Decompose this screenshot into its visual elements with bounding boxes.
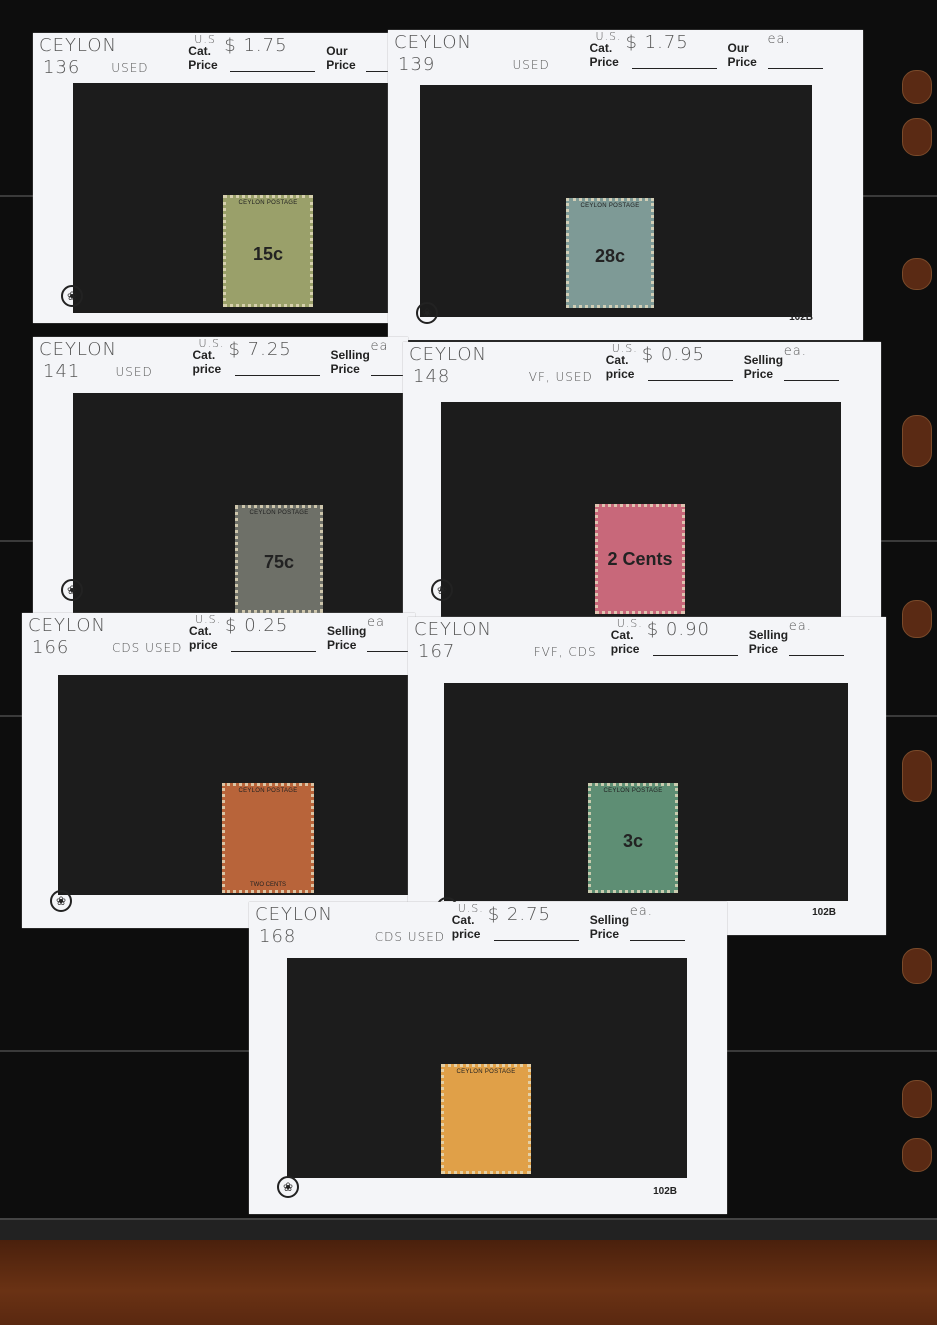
cat-label: Cat. bbox=[590, 42, 613, 55]
price-label: price bbox=[611, 643, 640, 656]
stamp-value: 28c bbox=[595, 246, 625, 267]
our-label: Selling bbox=[331, 349, 370, 362]
catalog-price-note: $ 7.25 bbox=[229, 339, 292, 360]
our-price-label: Price bbox=[326, 59, 355, 72]
our-label: Selling bbox=[590, 914, 629, 927]
card-code: 102B bbox=[789, 312, 813, 323]
our-label: Our bbox=[326, 45, 347, 58]
binder-hole bbox=[902, 70, 932, 104]
stamp-footer: TWO CENTS bbox=[250, 882, 286, 888]
catalog-price-note: $ 1.75 bbox=[626, 32, 689, 53]
stamp-header: CEYLON POSTAGE bbox=[580, 203, 639, 209]
binder-hole bbox=[902, 600, 932, 638]
stamp-value: 3c bbox=[623, 831, 643, 852]
our-label: Selling bbox=[744, 354, 783, 367]
country-label: CEYLON bbox=[409, 344, 487, 365]
each-note: ea. bbox=[630, 904, 653, 919]
maple-leaf-logo-icon: ❀ bbox=[61, 285, 83, 307]
price-label: price bbox=[193, 363, 222, 376]
cat-price-line bbox=[632, 68, 717, 69]
maple-leaf-logo-icon: ❀ bbox=[277, 1176, 299, 1198]
cat-price-line bbox=[494, 940, 579, 941]
catalog-number: 139 bbox=[398, 54, 435, 75]
stamp-header: CEYLON POSTAGE bbox=[249, 510, 308, 516]
each-note: ea bbox=[371, 339, 389, 354]
binder-hole bbox=[902, 118, 932, 156]
stamp-card: CEYLON166CDS USEDU.S.$ 0.25Cat.priceSell… bbox=[22, 613, 415, 928]
catalog-price-note: $ 0.90 bbox=[647, 619, 710, 640]
card-code: 102B bbox=[653, 1186, 677, 1197]
our-price-label: Price bbox=[744, 368, 773, 381]
condition-note: CDS USED bbox=[375, 930, 445, 944]
cat-label: Cat. bbox=[611, 629, 634, 642]
cat-label: Cat. bbox=[452, 914, 475, 927]
postage-stamp: 2 Cents bbox=[595, 504, 685, 614]
catalog-price-note: $ 2.75 bbox=[488, 904, 551, 925]
country-label: CEYLON bbox=[28, 615, 106, 636]
cat-price-line bbox=[235, 375, 320, 376]
catalog-number: 141 bbox=[43, 361, 80, 382]
selling-price-line bbox=[784, 380, 839, 381]
country-label: CEYLON bbox=[394, 32, 472, 53]
stamp-card: CEYLON136USEDU.S$ 1.75Cat.PriceOurPrice❀… bbox=[33, 33, 398, 323]
condition-note: USED bbox=[116, 365, 153, 379]
stamp-card: CEYLON148VF, USEDU.S.$ 0.95Cat.priceSell… bbox=[403, 342, 881, 617]
maple-leaf-logo-icon: ❀ bbox=[50, 890, 72, 912]
catalog-number: 167 bbox=[418, 641, 455, 662]
condition-note: CDS USED bbox=[112, 641, 182, 655]
postage-stamp: CEYLON POSTAGE15c bbox=[223, 195, 313, 307]
country-label: CEYLON bbox=[255, 904, 333, 925]
catalog-number: 168 bbox=[259, 926, 296, 947]
maple-leaf-logo-icon: ❀ bbox=[431, 579, 453, 601]
postage-stamp: CEYLON POSTAGETWO CENTS bbox=[222, 783, 314, 893]
stamp-header: CEYLON POSTAGE bbox=[456, 1069, 515, 1075]
stamp-value: 2 Cents bbox=[607, 549, 672, 570]
each-note: ea. bbox=[784, 344, 807, 359]
binder-hole bbox=[902, 948, 932, 984]
catalog-price-note: $ 0.95 bbox=[642, 344, 705, 365]
cat-price-line bbox=[231, 651, 316, 652]
postage-stamp: CEYLON POSTAGE bbox=[441, 1064, 531, 1174]
catalog-price-note: $ 0.25 bbox=[225, 615, 288, 636]
binder-hole bbox=[902, 750, 932, 802]
condition-note: VF, USED bbox=[529, 370, 593, 384]
country-label: CEYLON bbox=[39, 339, 117, 360]
cat-price-line bbox=[648, 380, 733, 381]
maple-leaf-logo-icon: ❀ bbox=[61, 579, 83, 601]
postage-stamp: CEYLON POSTAGE75c bbox=[235, 505, 323, 613]
each-note: ea. bbox=[768, 32, 791, 47]
condition-note: USED bbox=[111, 61, 148, 75]
condition-note: USED bbox=[513, 58, 550, 72]
cat-label: Cat. bbox=[193, 349, 216, 362]
stamp-header: CEYLON POSTAGE bbox=[603, 788, 662, 794]
page-bottom-edge bbox=[0, 1218, 937, 1242]
stamp-card: CEYLON141USEDU.S.$ 7.25Cat.priceSellingP… bbox=[33, 337, 408, 617]
our-price-label: Price bbox=[749, 643, 778, 656]
condition-note: FVF, CDS bbox=[534, 645, 597, 659]
binder-hole bbox=[902, 415, 932, 467]
our-label: Our bbox=[728, 42, 749, 55]
stamp-card: CEYLON168CDS USEDU.S.$ 2.75Cat.priceSell… bbox=[249, 902, 727, 1214]
each-note: ea bbox=[367, 615, 385, 630]
binder-hole bbox=[902, 258, 932, 290]
our-label: Selling bbox=[749, 629, 788, 642]
cat-label: Cat. bbox=[606, 354, 629, 367]
cat-price-line bbox=[653, 655, 738, 656]
price-label: price bbox=[606, 368, 635, 381]
stamp-header: CEYLON POSTAGE bbox=[238, 788, 297, 794]
stamp-header: CEYLON POSTAGE bbox=[238, 200, 297, 206]
stamp-card: CEYLON139USEDU.S.$ 1.75Cat.PriceOurPrice… bbox=[388, 30, 863, 340]
selling-price-line bbox=[768, 68, 823, 69]
stamp-value: 75c bbox=[264, 552, 294, 573]
postage-stamp: CEYLON POSTAGE28c bbox=[566, 198, 654, 308]
catalog-price-note: $ 1.75 bbox=[224, 35, 287, 56]
price-label: price bbox=[189, 639, 218, 652]
price-label: price bbox=[452, 928, 481, 941]
stamp-value: 15c bbox=[253, 244, 283, 265]
stamp-card: CEYLON167FVF, CDSU.S.$ 0.90Cat.priceSell… bbox=[408, 617, 886, 935]
our-price-label: Price bbox=[590, 928, 619, 941]
cat-label: Cat. bbox=[189, 625, 212, 638]
table-surface bbox=[0, 1240, 937, 1325]
country-label: CEYLON bbox=[414, 619, 492, 640]
price-label: Price bbox=[188, 59, 217, 72]
binder-hole bbox=[902, 1080, 932, 1118]
catalog-number: 148 bbox=[413, 366, 450, 387]
cat-price-line bbox=[230, 71, 315, 72]
maple-leaf-logo-icon: ❀ bbox=[416, 302, 438, 324]
binder-hole bbox=[902, 1138, 932, 1172]
catalog-number: 166 bbox=[32, 637, 69, 658]
our-price-label: Price bbox=[327, 639, 356, 652]
our-price-label: Price bbox=[331, 363, 360, 376]
selling-price-line bbox=[789, 655, 844, 656]
catalog-number: 136 bbox=[43, 57, 80, 78]
card-code: 102B bbox=[812, 907, 836, 918]
our-price-label: Price bbox=[728, 56, 757, 69]
postage-stamp: CEYLON POSTAGE3c bbox=[588, 783, 678, 893]
price-label: Price bbox=[590, 56, 619, 69]
cat-label: Cat. bbox=[188, 45, 211, 58]
country-label: CEYLON bbox=[39, 35, 117, 56]
our-label: Selling bbox=[327, 625, 366, 638]
each-note: ea. bbox=[789, 619, 812, 634]
selling-price-line bbox=[630, 940, 685, 941]
